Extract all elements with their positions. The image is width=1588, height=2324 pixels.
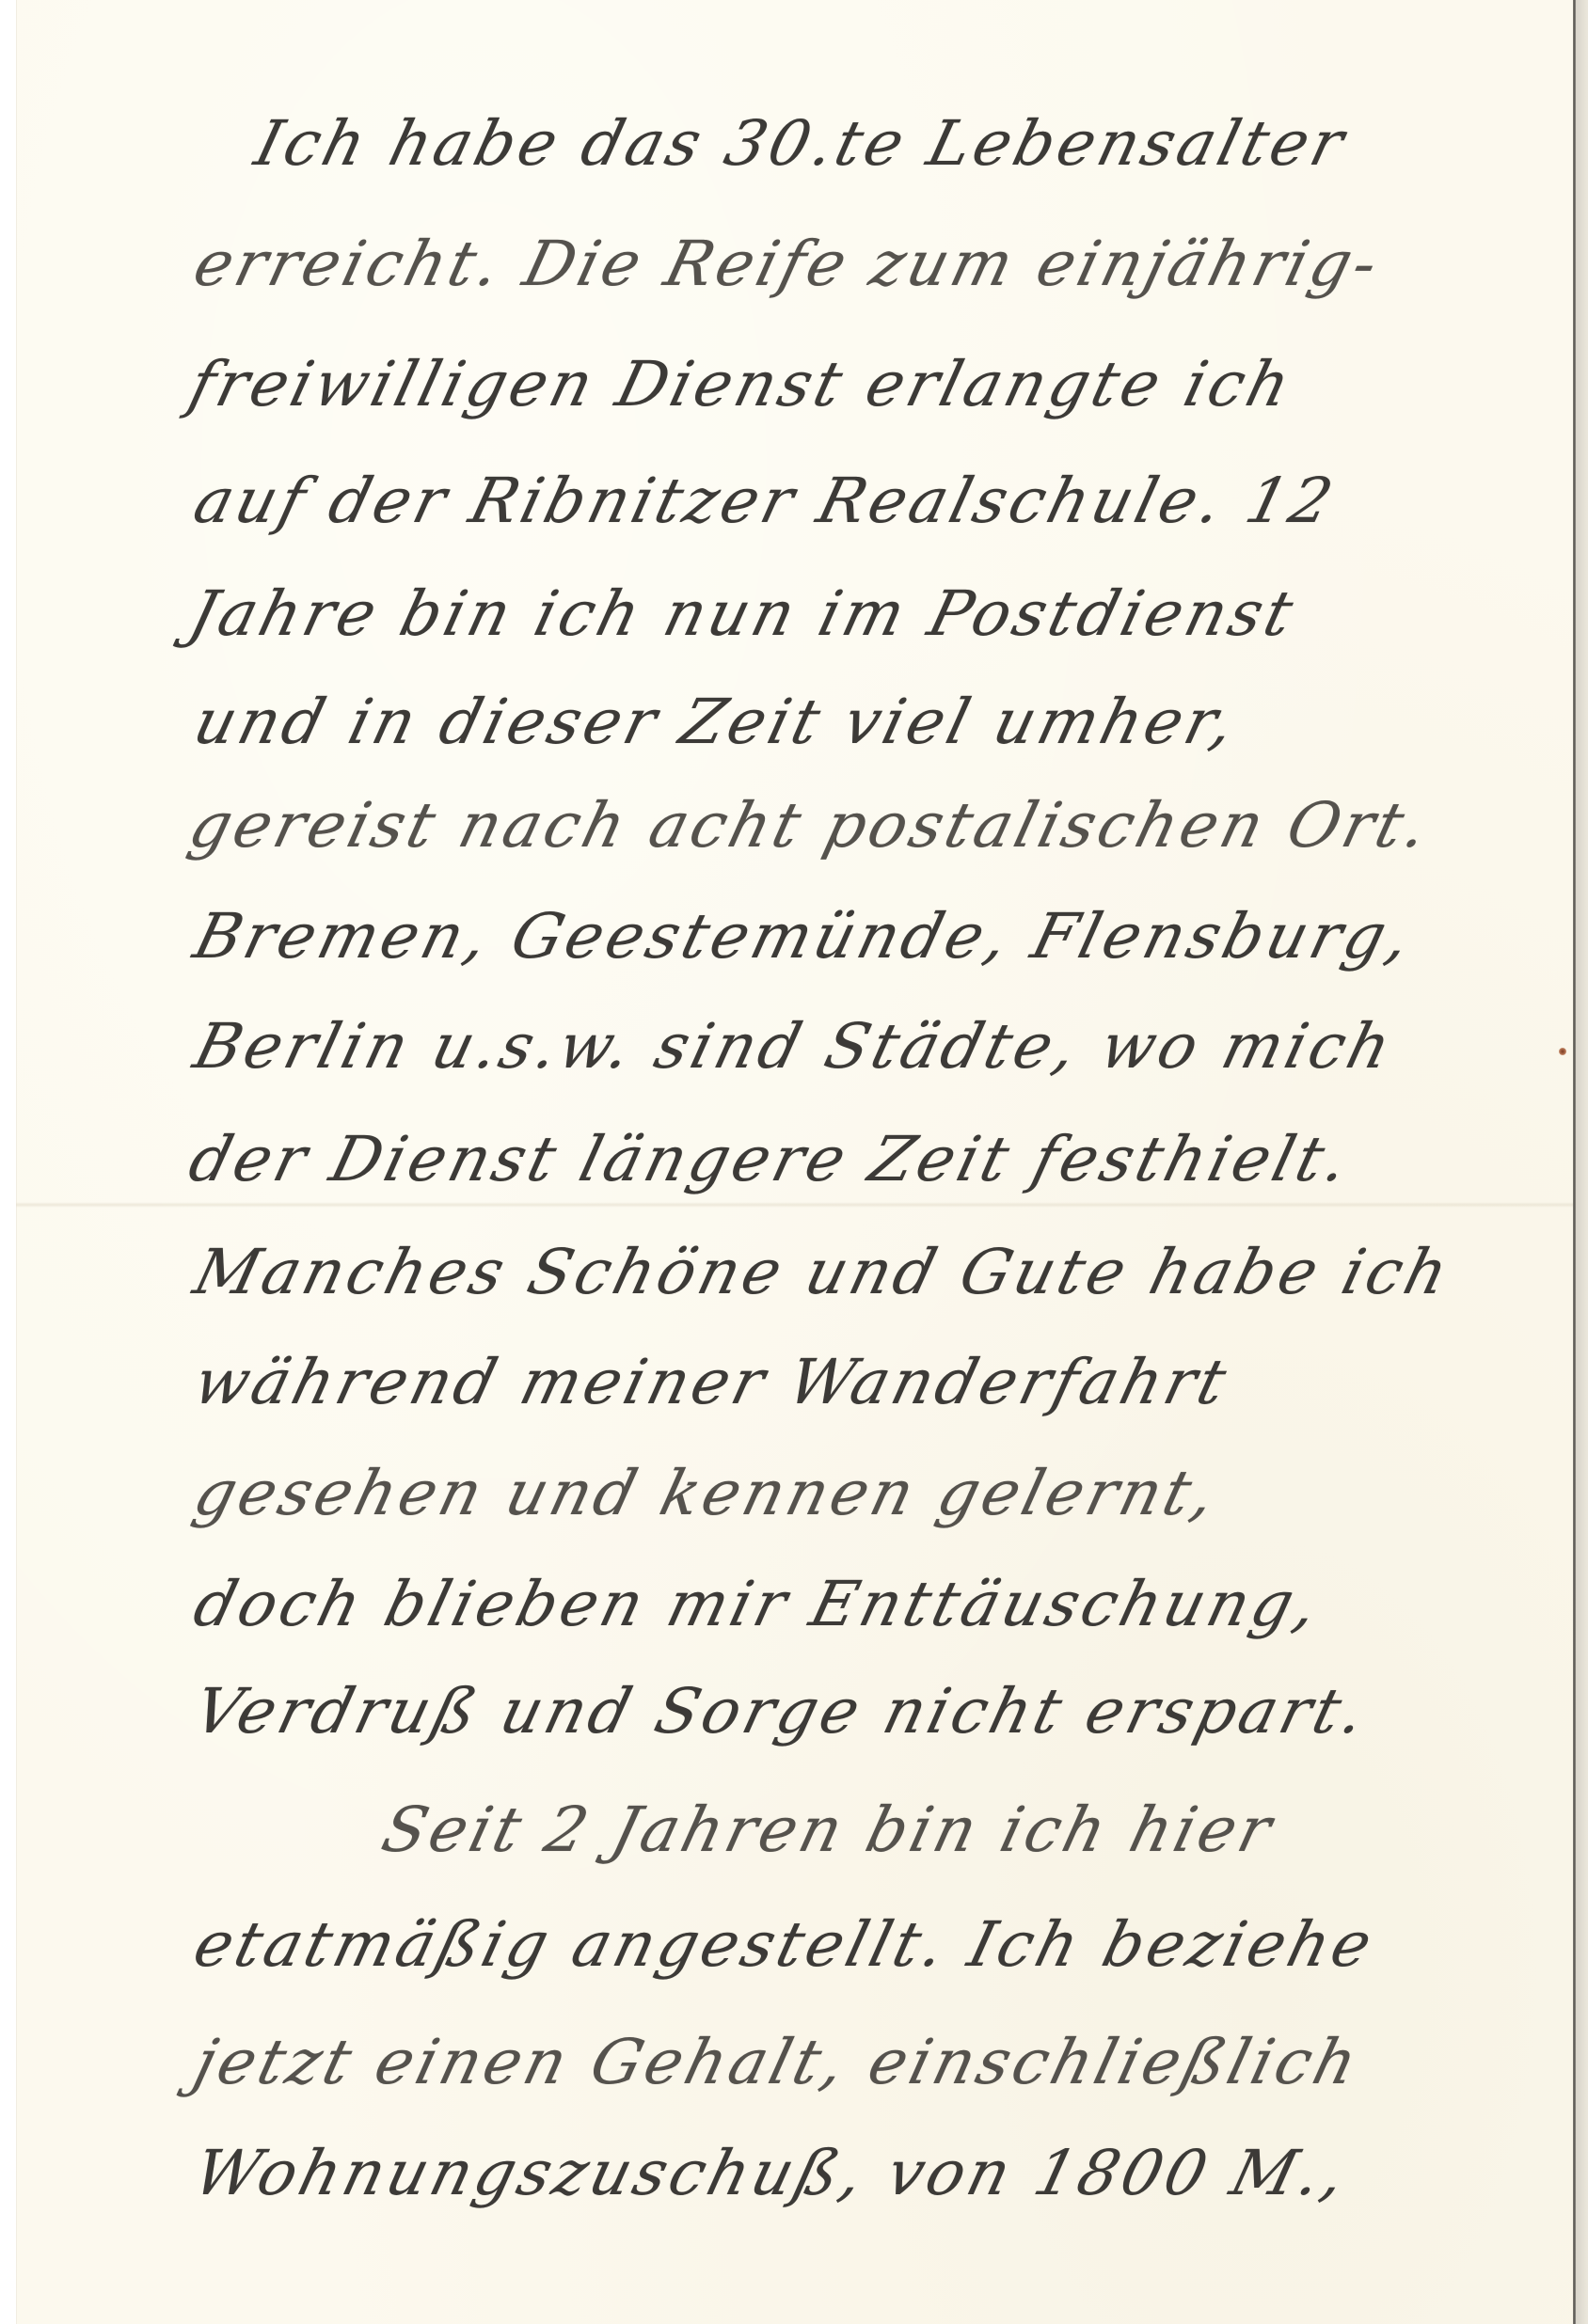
letter-line: auf der Ribnitzer Realschule. 12: [188, 470, 1342, 532]
letter-line: Berlin u.s.w. sind Städte, wo mich: [188, 1016, 1400, 1078]
letter-line: gereist nach acht postalischen Ort.: [183, 795, 1437, 857]
letter-line: während meiner Wanderfahrt: [188, 1352, 1235, 1414]
letter-line: Ich habe das 30.te Lebensalter: [249, 113, 1353, 175]
letter-line: erreicht. Die Reife zum einjährig-: [188, 233, 1387, 295]
letter-line: Bremen, Geestemünde, Flensburg,: [188, 906, 1420, 968]
letter-line: der Dienst längere Zeit festhielt.: [183, 1129, 1358, 1191]
letter-line: gesehen und kennen gelernt,: [188, 1462, 1225, 1525]
letter-line: Seit 2 Jahren bin ich hier: [376, 1799, 1280, 1861]
letter-line: Verdruß und Sorge nicht erspart.: [188, 1681, 1374, 1743]
letter-line: etatmäßig angestellt. Ich beziehe: [188, 1914, 1381, 1976]
letter-line: Jahre bin ich nun im Postdienst: [183, 583, 1302, 645]
letter-line: jetzt einen Gehalt, einschließlich: [188, 2032, 1366, 2094]
letter-line: Wohnungszuschuß, von 1800 M.,: [188, 2142, 1355, 2205]
letter-line: Manches Schöne und Gute habe ich: [188, 1241, 1457, 1304]
letter-line: doch blieben mir Enttäuschung,: [188, 1573, 1327, 1636]
letter-line: freiwilligen Dienst erlangte ich: [183, 354, 1299, 416]
letter-line: und in dieser Zeit viel umher,: [188, 691, 1244, 753]
letter-body: Ich habe das 30.te Lebensalter erreicht.…: [0, 0, 1588, 2324]
